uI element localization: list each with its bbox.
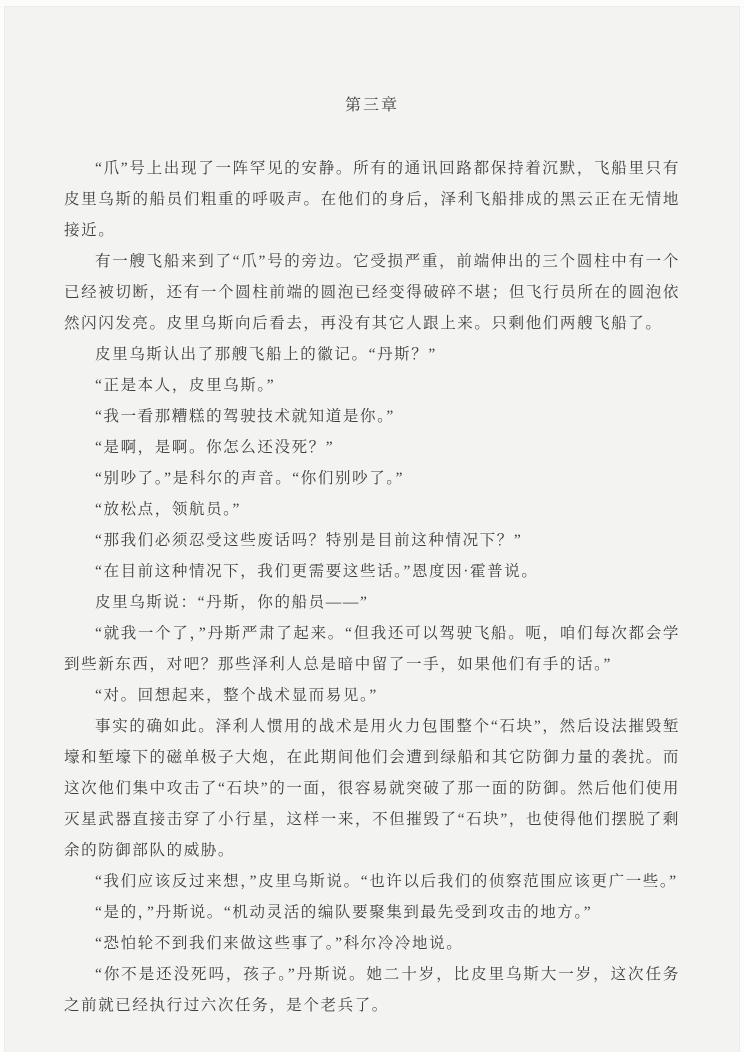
paragraph: “那我们必须忍受这些废话吗？特别是目前这种情况下？” xyxy=(64,525,680,556)
paragraph: “对。回想起来，整个战术显而易见。” xyxy=(64,680,680,711)
paragraph: “放松点，领航员。” xyxy=(64,494,680,525)
paragraph: “正是本人，皮里乌斯。” xyxy=(64,370,680,401)
paragraph: “在目前这种情况下，我们更需要这些话。”恩度因·霍普说。 xyxy=(64,556,680,587)
paragraph: 皮里乌斯认出了那艘飞船上的徽记。“丹斯？” xyxy=(64,339,680,370)
paragraph: “别吵了。”是科尔的声音。“你们别吵了。” xyxy=(64,463,680,494)
paragraph: 有一艘飞船来到了“爪”号的旁边。它受损严重，前端伸出的三个圆柱中有一个已经被切断… xyxy=(64,246,680,339)
paragraph: “是啊，是啊。你怎么还没死？” xyxy=(64,432,680,463)
paragraph: “恐怕轮不到我们来做这些事了。”科尔冷冷地说。 xyxy=(64,928,680,959)
chapter-content: 第三章 “爪”号上出现了一阵罕见的安静。所有的通讯回路都保持着沉默，飞船里只有皮… xyxy=(5,7,739,1021)
paragraph: 事实的确如此。泽利人惯用的战术是用火力包围整个“石块”，然后设法摧毁堑壕和堑壕下… xyxy=(64,711,680,866)
paragraph: “是的，”丹斯说。“机动灵活的编队要聚集到最先受到攻击的地方。” xyxy=(64,897,680,928)
chapter-title: 第三章 xyxy=(64,90,680,121)
chapter-body: “爪”号上出现了一阵罕见的安静。所有的通讯回路都保持着沉默，飞船里只有皮里乌斯的… xyxy=(64,153,680,1021)
paragraph: “我们应该反过来想，”皮里乌斯说。“也许以后我们的侦察范围应该更广一些。” xyxy=(64,866,680,897)
paragraph: 皮里乌斯说：“丹斯，你的船员——” xyxy=(64,587,680,618)
book-page: 第三章 “爪”号上出现了一阵罕见的安静。所有的通讯回路都保持着沉默，飞船里只有皮… xyxy=(4,6,740,1052)
paragraph: “我一看那糟糕的驾驶技术就知道是你。” xyxy=(64,401,680,432)
paragraph: “就我一个了，”丹斯严肃了起来。“但我还可以驾驶飞船。呃，咱们每次都会学到些新东… xyxy=(64,618,680,680)
paragraph: “你不是还没死吗，孩子。”丹斯说。她二十岁，比皮里乌斯大一岁，这次任务之前就已经… xyxy=(64,959,680,1021)
paragraph: “爪”号上出现了一阵罕见的安静。所有的通讯回路都保持着沉默，飞船里只有皮里乌斯的… xyxy=(64,153,680,246)
